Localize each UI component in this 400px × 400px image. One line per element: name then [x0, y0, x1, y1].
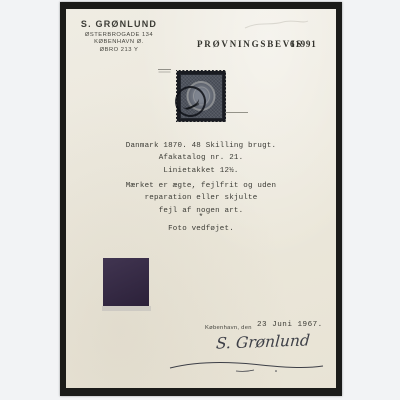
letterhead-address-line-1: ØSTERBROGADE 134	[66, 32, 172, 39]
statement-line-2: Afakatalog nr. 21.	[66, 152, 336, 164]
stamp-photo	[176, 70, 226, 122]
letterhead-address-line-2: KØBENHAVN Ø.	[66, 39, 172, 46]
signature: S. Grønlund	[189, 330, 336, 353]
annotation-line-right	[226, 112, 248, 113]
photo-frame: S. GRØNLUND ØSTERBROGADE 134 KØBENHAVN Ø…	[60, 2, 342, 396]
photo-note: Foto vedføjet.	[66, 225, 336, 233]
statement-block: Danmark 1870. 48 Skilling brugt. Afakata…	[66, 140, 336, 177]
separator-asterisk: *	[66, 213, 336, 222]
certificate-photo-page: S. GRØNLUND ØSTERBROGADE 134 KØBENHAVN Ø…	[0, 0, 400, 400]
attached-photo-swatch	[103, 258, 149, 306]
stamp-engraving	[180, 74, 223, 119]
statement-line-1: Danmark 1870. 48 Skilling brugt.	[66, 140, 336, 152]
annotation-mark-left	[158, 69, 171, 71]
place-date-label: København, den	[205, 325, 252, 331]
declaration-line-2: reparation eller skjulte	[66, 192, 336, 204]
letterhead-address-line-3: ØBRO 213 Y	[66, 47, 172, 54]
letterhead: S. GRØNLUND ØSTERBROGADE 134 KØBENHAVN Ø…	[66, 19, 172, 54]
declaration-line-1: Mærket er ægte, fejlfrit og uden	[66, 180, 336, 192]
certificate-title: PRØVNINGSBEVIS	[197, 39, 303, 49]
certificate-paper: S. GRØNLUND ØSTERBROGADE 134 KØBENHAVN Ø…	[66, 9, 336, 388]
attached-photo-mount-edge	[102, 306, 151, 311]
pencil-smudge	[241, 17, 311, 33]
declaration-block: Mærket er ægte, fejlfrit og uden reparat…	[66, 180, 336, 217]
date-value: 23 Juni 1967.	[257, 321, 323, 329]
statement-line-3: Linietakket 12½.	[66, 165, 336, 177]
letterhead-name: S. GRØNLUND	[66, 19, 172, 29]
certificate-number: 61991	[290, 39, 317, 49]
signature-flourish	[166, 360, 328, 374]
